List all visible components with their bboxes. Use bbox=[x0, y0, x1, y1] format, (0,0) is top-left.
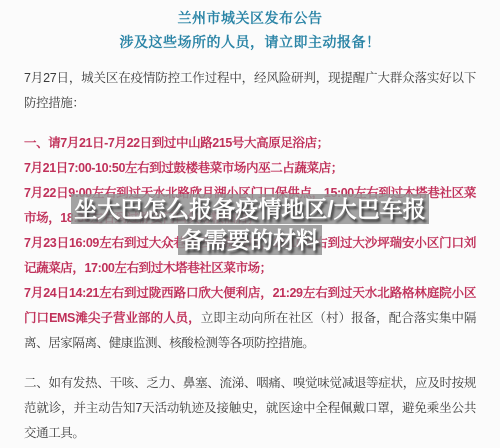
watermark-overlay: 坐大巴怎么报备疫情地区/大巴车报备需要的材料 bbox=[67, 194, 433, 256]
notice-header: 兰州市城关区发布公告 涉及这些场所的人员，请立即主动报备！ bbox=[0, 0, 500, 54]
notice-body: 7月27日，城关区在疫情防控工作过程中，经风险研判，现提醒广大群众落实好以下防控… bbox=[24, 66, 476, 446]
watermark-text: 坐大巴怎么报备疫情地区/大巴车报备需要的材料 bbox=[71, 194, 428, 255]
notice-subtitle: 涉及这些场所的人员，请立即主动报备！ bbox=[0, 30, 500, 54]
notice-page: 兰州市城关区发布公告 涉及这些场所的人员，请立即主动报备！ 7月27日，城关区在… bbox=[0, 0, 500, 448]
intro-paragraph: 7月27日，城关区在疫情防控工作过程中，经风险研判，现提醒广大群众落实好以下防控… bbox=[24, 66, 476, 116]
symptoms-paragraph: 二、如有发热、干咳、乏力、鼻塞、流涕、咽痛、嗅觉味觉减退等症状，应及时按规范就诊… bbox=[24, 371, 476, 446]
notice-title: 兰州市城关区发布公告 bbox=[0, 6, 500, 30]
